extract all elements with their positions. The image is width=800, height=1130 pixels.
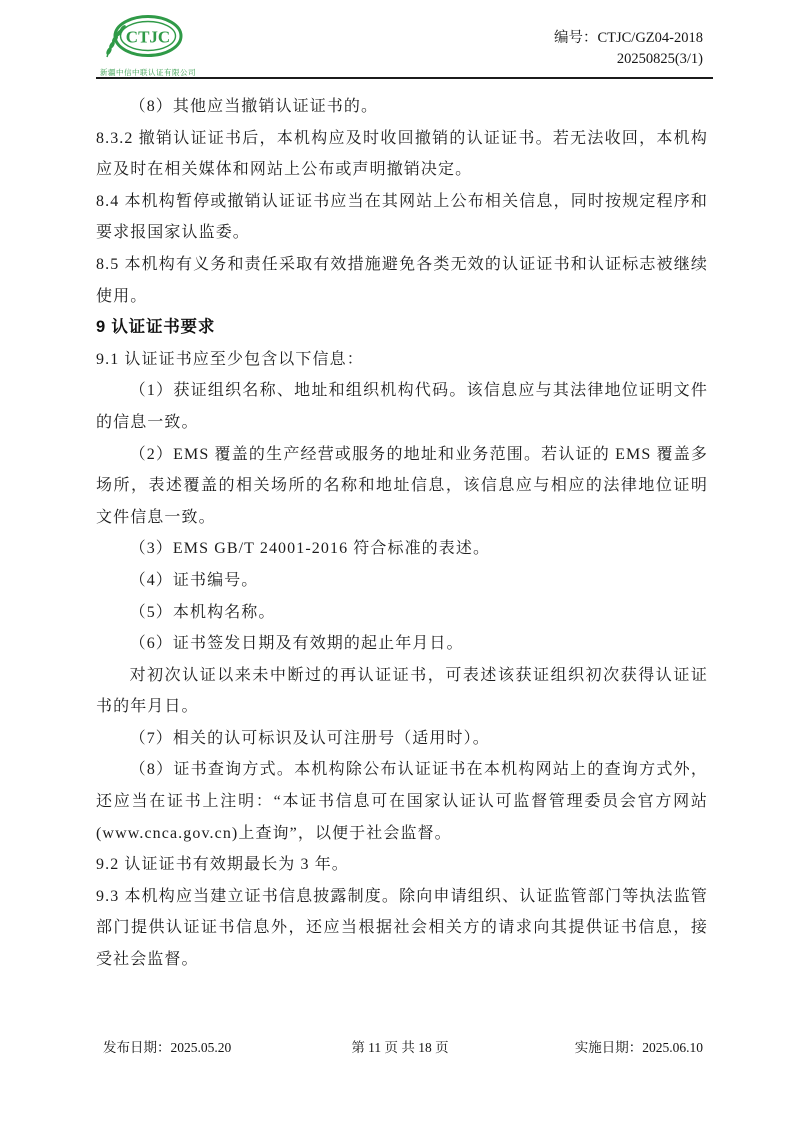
paragraph: （2）EMS 覆盖的生产经营或服务的地址和业务范围。若认证的 EMS 覆盖多场所…: [96, 439, 708, 534]
paragraph: （5）本机构名称。: [96, 597, 708, 629]
doc-meta: 编号：CTJC/GZ04-2018 20250825(3/1): [554, 28, 703, 70]
paragraph: （1）获证组织名称、地址和组织机构代码。该信息应与其法律地位证明文件的信息一致。: [96, 375, 708, 438]
paragraph: 9.1 认证证书应至少包含以下信息：: [96, 344, 708, 376]
paragraph: （7）相关的认可标识及认可注册号（适用时）。: [96, 723, 708, 755]
paragraph: （6）证书签发日期及有效期的起止年月日。: [96, 628, 708, 660]
logo: CTJC 新疆中信中联认证有限公司: [100, 15, 210, 78]
doc-number-line: 编号：CTJC/GZ04-2018: [554, 28, 703, 49]
paragraph: （8）证书查询方式。本机构除公布认证证书在本机构网站上的查询方式外，还应当在证书…: [96, 754, 708, 849]
logo-text: CTJC: [126, 28, 170, 47]
paragraph: 8.5 本机构有义务和责任采取有效措施避免各类无效的认证证书和认证标志被继续使用…: [96, 249, 708, 312]
paragraph: 9.2 认证证书有效期最长为 3 年。: [96, 849, 708, 881]
footer-implementation-date: 实施日期：2025.06.10: [575, 1036, 703, 1056]
paragraph: （3）EMS GB/T 24001-2016 符合标准的表述。: [96, 533, 708, 565]
page-footer: 发布日期：2025.05.20 第 11 页 共 18 页 实施日期：2025.…: [0, 1036, 800, 1058]
paragraph: 9.3 本机构应当建立证书信息披露制度。除向申请组织、认证监管部门等执法监管部门…: [96, 881, 708, 976]
document-page: CTJC 新疆中信中联认证有限公司 编号：CTJC/GZ04-2018 2025…: [0, 0, 800, 1130]
paragraph: 8.3.2 撤销认证证书后，本机构应及时收回撤销的认证证书。若无法收回，本机构应…: [96, 123, 708, 186]
document-body: （8）其他应当撤销认证证书的。8.3.2 撤销认证证书后，本机构应及时收回撤销的…: [96, 91, 708, 976]
header-divider: [96, 77, 713, 79]
paragraph: 对初次认证以来未中断过的再认证证书，可表述该获证组织初次获得认证证书的年月日。: [96, 660, 708, 723]
paragraph: （8）其他应当撤销认证证书的。: [96, 91, 708, 123]
ctjc-logo-icon: CTJC: [100, 15, 184, 61]
section-heading: 9 认证证书要求: [96, 312, 708, 344]
doc-revision-line: 20250825(3/1): [554, 49, 703, 70]
page-header: CTJC 新疆中信中联认证有限公司 编号：CTJC/GZ04-2018 2025…: [0, 0, 800, 78]
paragraph: 8.4 本机构暂停或撤销认证证书应当在其网站上公布相关信息，同时按规定程序和要求…: [96, 186, 708, 249]
paragraph: （4）证书编号。: [96, 565, 708, 597]
